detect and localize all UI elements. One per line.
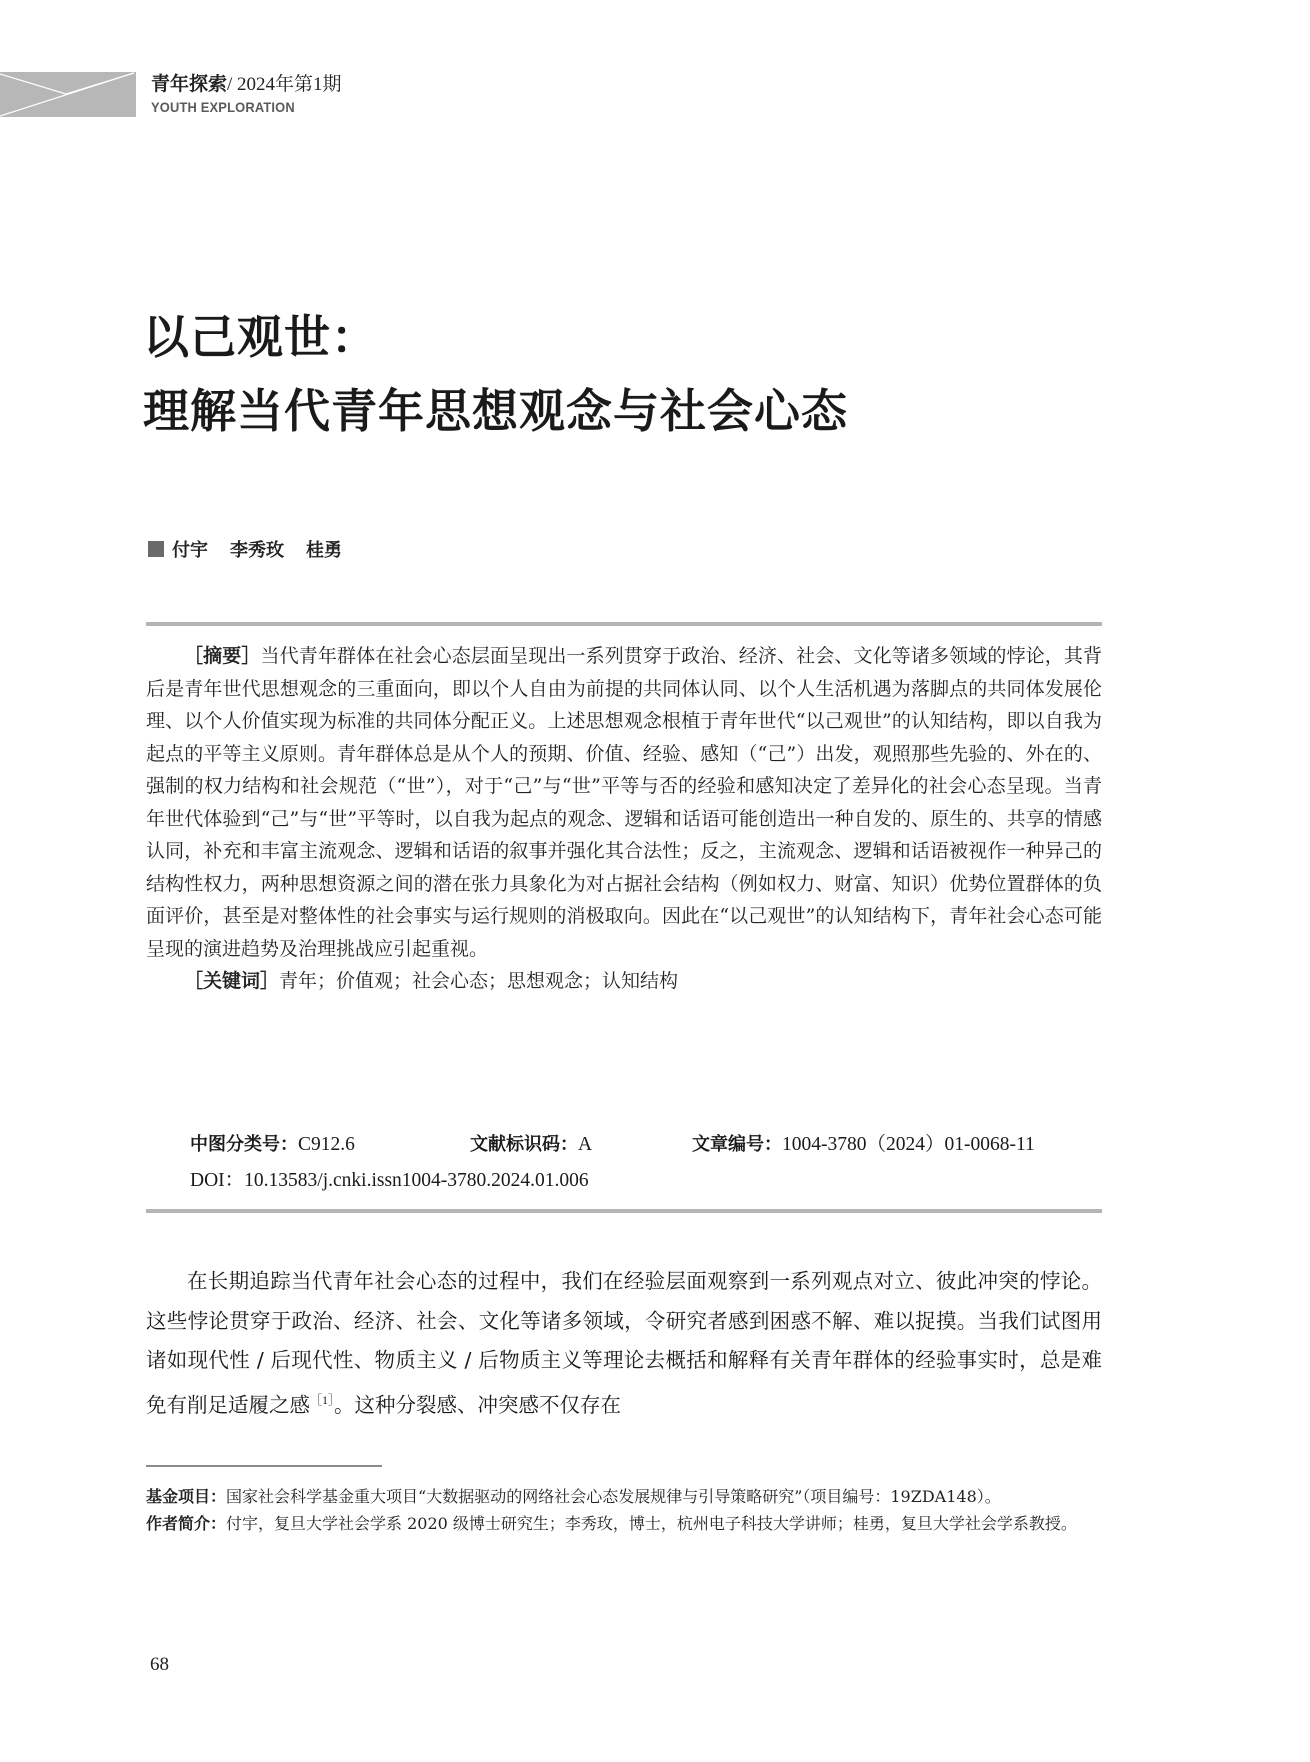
journal-name-en: YOUTH EXPLORATION	[151, 99, 326, 115]
keywords-line: ［关键词］青年；价值观；社会心态；思想观念；认知结构	[146, 965, 1102, 998]
abstract-section: ［摘要］当代青年群体在社会心态层面呈现出一系列贯穿于政治、经济、社会、文化等诸多…	[146, 640, 1102, 998]
fund-label: 基金项目：	[146, 1487, 226, 1506]
keywords-label: ［关键词］	[184, 970, 279, 992]
journal-issue: / 2024年第1期	[227, 74, 342, 95]
author-name: 李秀玫	[230, 536, 284, 562]
fund-text: 国家社会科学基金重大项目“大数据驱动的网络社会心态发展规律与引导策略研究”（项目…	[226, 1487, 1001, 1506]
citation-link[interactable]: ［1］	[310, 1393, 334, 1407]
body-text: 在长期追踪当代青年社会心态的过程中，我们在经验层面观察到一系列观点对立、彼此冲突…	[146, 1262, 1102, 1425]
author-name: 桂勇	[306, 536, 342, 562]
journal-header: 青年探索/ 2024年第1期 YOUTH EXPLORATION	[151, 72, 342, 115]
title-line-2: 理解当代青年思想观念与社会心态	[143, 374, 848, 448]
author-name: 付宇	[172, 536, 208, 562]
article-metadata: 中图分类号：C912.6 文献标识码：A 文章编号：1004-3780（2024…	[190, 1127, 1035, 1199]
doi-row: DOI：10.13583/j.cnki.issn1004-3780.2024.0…	[190, 1163, 1035, 1199]
fund-note: 基金项目：国家社会科学基金重大项目“大数据驱动的网络社会心态发展规律与引导策略研…	[146, 1484, 1102, 1511]
title-line-1: 以己观世：	[143, 300, 848, 374]
header-envelope-graphic	[0, 72, 136, 117]
keywords-text: 青年；价值观；社会心态；思想观念；认知结构	[279, 970, 678, 992]
abstract-text: 当代青年群体在社会心态层面呈现出一系列贯穿于政治、经济、社会、文化等诸多领域的悖…	[146, 645, 1102, 960]
bio-label: 作者简介：	[146, 1514, 226, 1533]
footnotes: 基金项目：国家社会科学基金重大项目“大数据驱动的网络社会心态发展规律与引导策略研…	[146, 1484, 1102, 1537]
doi-label: DOI：	[190, 1163, 244, 1199]
document-code: 文献标识码：A	[470, 1127, 692, 1163]
journal-name: 青年探索	[151, 73, 227, 95]
abstract-bottom-rule	[146, 1209, 1102, 1213]
author-list: 付宇 李秀玫 桂勇	[148, 536, 364, 562]
abstract-label: ［摘要］	[184, 645, 261, 667]
doi-value[interactable]: 10.13583/j.cnki.issn1004-3780.2024.01.00…	[244, 1163, 589, 1199]
journal-title-line: 青年探索/ 2024年第1期	[151, 72, 342, 97]
author-marker-icon	[148, 541, 164, 557]
author-bio-note: 作者简介：付宇，复旦大学社会学系 2020 级博士研究生；李秀玫，博士，杭州电子…	[146, 1511, 1102, 1538]
abstract-top-rule	[146, 622, 1102, 626]
article-title: 以己观世： 理解当代青年思想观念与社会心态	[143, 300, 848, 448]
body-paragraph: 在长期追踪当代青年社会心态的过程中，我们在经验层面观察到一系列观点对立、彼此冲突…	[146, 1262, 1102, 1425]
classification-row: 中图分类号：C912.6 文献标识码：A 文章编号：1004-3780（2024…	[190, 1127, 1035, 1163]
bio-text: 付宇，复旦大学社会学系 2020 级博士研究生；李秀玫，博士，杭州电子科技大学讲…	[226, 1514, 1077, 1533]
clc-number: 中图分类号：C912.6	[190, 1127, 470, 1163]
footnote-divider	[146, 1465, 382, 1467]
article-number: 文章编号：1004-3780（2024）01-0068-11	[692, 1127, 1035, 1163]
page-number: 68	[150, 1654, 169, 1676]
abstract-paragraph: ［摘要］当代青年群体在社会心态层面呈现出一系列贯穿于政治、经济、社会、文化等诸多…	[146, 640, 1102, 965]
